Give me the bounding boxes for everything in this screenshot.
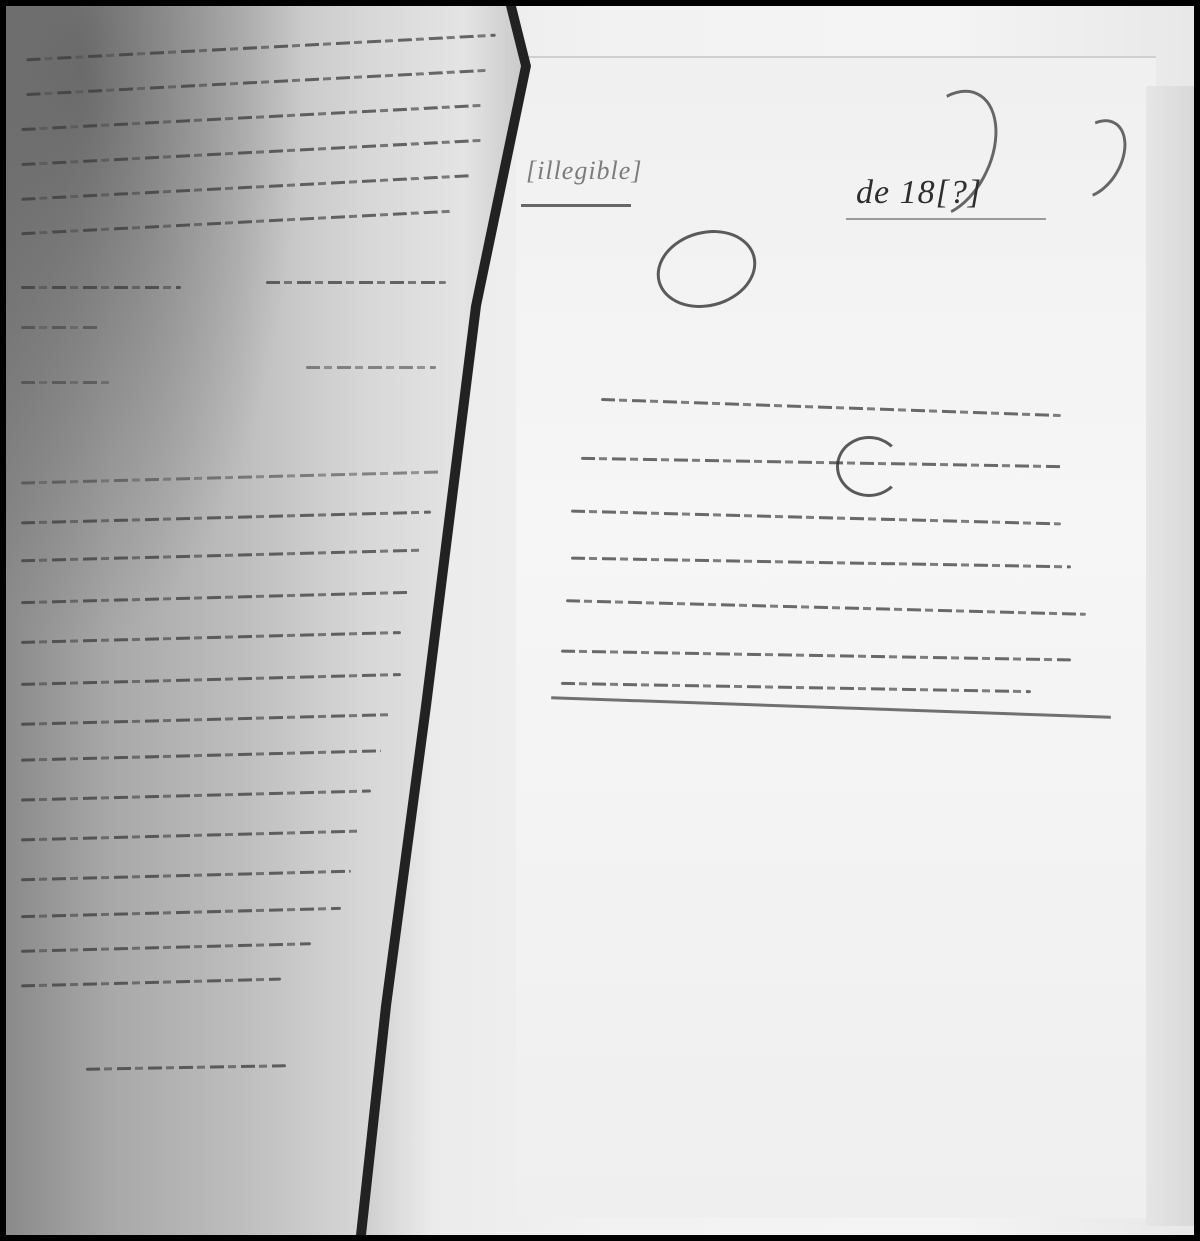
- right-header-date: de 18[?]: [856, 174, 982, 212]
- capital-letter: [836, 436, 902, 497]
- right-page-sheet: [516, 56, 1156, 1218]
- header-underline-left: [521, 204, 631, 207]
- header-underline-right: [846, 218, 1046, 220]
- photo-frame: [illegible] de 18[?] [illegible numeral]…: [6, 6, 1194, 1235]
- right-header-left: [illegible]: [526, 156, 642, 186]
- right-page-edge: [1146, 86, 1194, 1226]
